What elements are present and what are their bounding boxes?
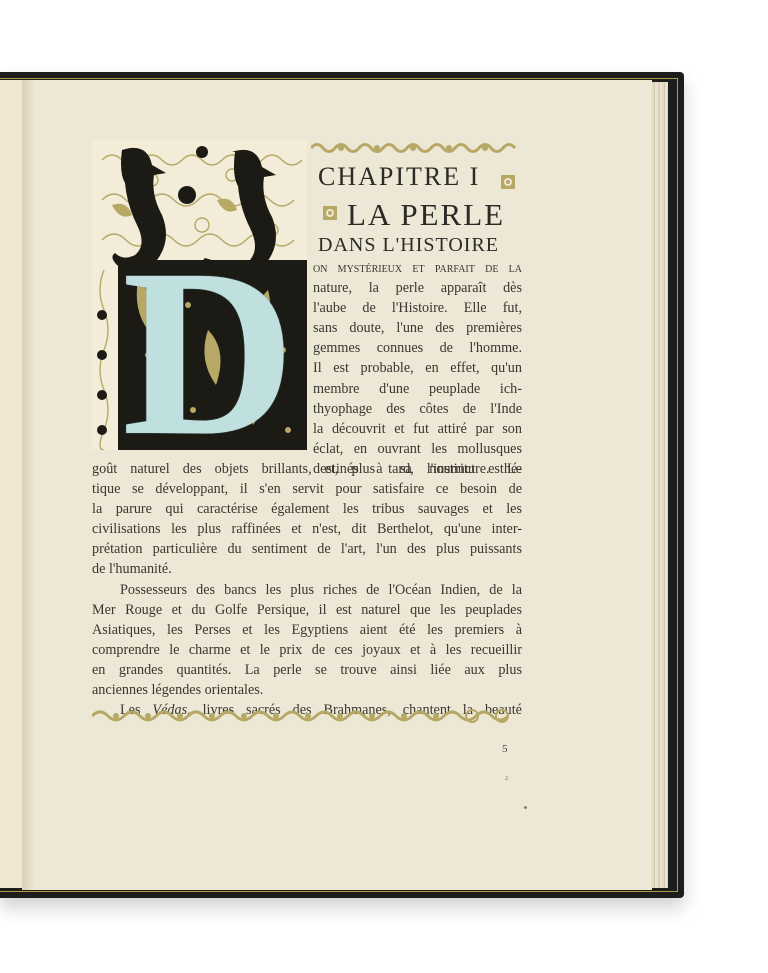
text-line: la parure qui caractérise également les … <box>92 499 522 519</box>
chapter-label: CHAPITRE I <box>318 162 480 192</box>
text-line: prétation particulière du sentiment de l… <box>92 539 522 559</box>
top-ornament-band-icon <box>311 140 520 156</box>
text-line: membre d'une peuplade ich- <box>313 379 522 399</box>
rosette-icon <box>322 205 338 221</box>
text-line: l'aube de l'Histoire. Elle fut, <box>313 298 522 318</box>
rosette-icon <box>500 174 516 190</box>
text-line: Il est probable, en effet, qu'un <box>313 358 522 378</box>
text-line: nature, la perle apparaît dès <box>313 278 522 298</box>
narrow-column-text: on mystérieux et parfait de la nature, l… <box>313 258 522 479</box>
text-line: en grandes quantités. La perle se trouve… <box>92 660 522 680</box>
text-line: Possesseurs des bancs les plus riches de… <box>92 580 522 600</box>
ornamental-initial: D <box>92 140 307 450</box>
text-line: Asiatiques, les Perses et les Egyptiens … <box>92 620 522 640</box>
gutter-shadow <box>22 80 36 890</box>
left-page-edge <box>0 80 23 888</box>
signature-mark: 2 <box>505 776 508 782</box>
chapter-title: LA PERLE <box>347 197 505 233</box>
text-line: Mer Rouge et du Golfe Persique, il est n… <box>92 600 522 620</box>
text-line: thyophage des côtes de l'Inde <box>313 399 522 419</box>
text-line: on mystérieux et parfait de la <box>313 258 522 278</box>
text-line: tique se développant, il s'en servit pou… <box>92 479 522 499</box>
drop-cap-letter: D <box>122 232 295 472</box>
bottom-ornament-band-icon <box>92 708 517 724</box>
paper-speck <box>524 806 527 809</box>
text-line: éclat, en ouvrant les mollusques <box>313 439 522 459</box>
text-line: goût naturel des objets brillants, et, p… <box>92 459 522 479</box>
text-line: comprendre le charme et le prix de ces j… <box>92 640 522 660</box>
page-number: 5 <box>502 743 508 755</box>
page-edges <box>652 82 668 888</box>
text-line: sans doute, l'une des premières <box>313 318 522 338</box>
text-line: civilisations les plus raffinées et n'es… <box>92 519 522 539</box>
text-line: gemmes connues de l'homme. <box>313 338 522 358</box>
text-line: anciennes légendes orientales. <box>92 680 522 700</box>
text-line: de l'humanité. <box>92 559 522 579</box>
wide-column-text: goût naturel des objets brillants, et, p… <box>92 459 522 720</box>
chapter-subtitle: DANS L'HISTOIRE <box>318 234 499 257</box>
text-line: la découvrit et fut attiré par son <box>313 419 522 439</box>
